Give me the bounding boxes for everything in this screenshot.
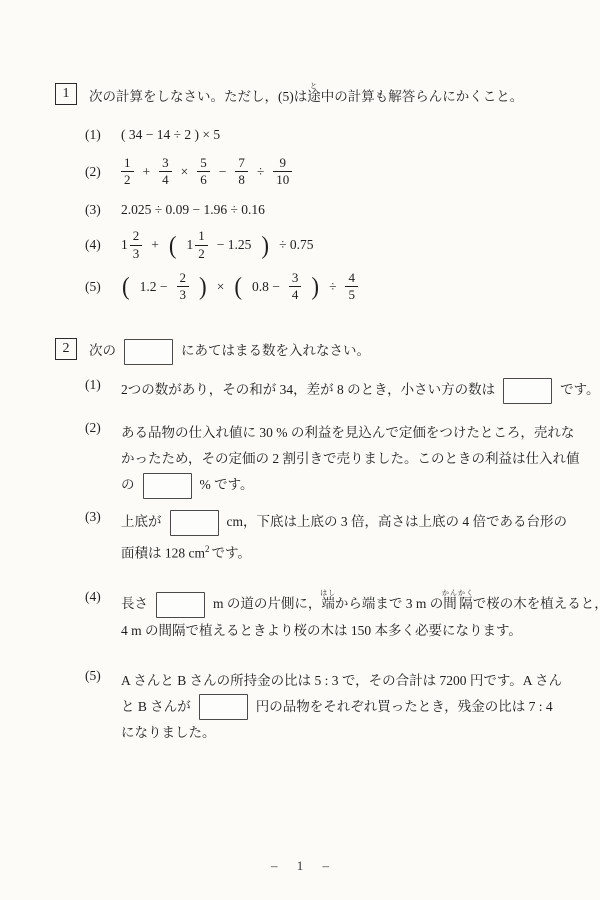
page-number: – 1 –	[0, 858, 600, 874]
text-line: と B さんが円の品物をそれぞれ買ったとき，残金の比は 7 : 4	[121, 694, 576, 721]
item-label: (2)	[85, 420, 121, 499]
text-line: の% です。	[121, 472, 576, 499]
item-label: (5)	[85, 668, 121, 747]
q2-item-5: (5) A さんと B さんの所持金の比は 5 : 3 で，その合計は 7200…	[85, 668, 576, 747]
problem-1-number-box: 1	[55, 83, 77, 105]
fraction: 12	[195, 228, 208, 262]
text-line: ある品物の仕入れ値に 30 % の利益を見込んで定価をつけたところ，売れな	[121, 420, 576, 446]
item-text: ある品物の仕入れ値に 30 % の利益を見込んで定価をつけたところ，売れな かっ…	[121, 420, 576, 499]
item-text: 2つの数があり，その和が 34，差が 8 のとき，小さい方の数はです。	[121, 377, 576, 404]
mixed-number: 112	[187, 228, 208, 262]
text-line: かったため，その定価の 2 割引きで売りました。このときの利益は仕入れ値	[121, 446, 576, 472]
q1-item-4: (4) 123+(112− 1.25)÷ 0.75	[85, 228, 576, 262]
exam-page: 1 次の計算をしなさい。ただし，(5)は途と中の計算も解答らんにかくこと。 (1…	[0, 0, 600, 900]
big-paren: )	[310, 274, 320, 299]
text-line: 4 m の間隔で植えるときより桜の木は 150 本多く必要になります。	[121, 618, 576, 644]
item-label: (3)	[85, 202, 121, 218]
q1-item-3: (3) 2.025 ÷ 0.09 − 1.96 ÷ 0.16	[85, 202, 576, 218]
text-line: 2つの数があり，その和が 34，差が 8 のとき，小さい方の数はです。	[121, 377, 576, 404]
fraction: 34	[289, 270, 302, 304]
answer-blank[interactable]	[156, 592, 205, 618]
q2-item-2: (2) ある品物の仕入れ値に 30 % の利益を見込んで定価をつけたところ，売れ…	[85, 420, 576, 499]
text-line: 長さm の道の片側に，端はしから端まで 3 m の間隔かんかくで桜の木を植えると…	[121, 589, 576, 618]
math-expression: (1.2 −23)×(0.8 −34)÷45	[121, 270, 358, 304]
item-label: (4)	[85, 589, 121, 644]
answer-blank[interactable]	[170, 510, 219, 536]
ruby-text: 途と	[307, 89, 321, 104]
text-line: 面積は 128 cm2です。	[121, 536, 576, 567]
q1-item-2: (2) 12+34×56−78÷910	[85, 155, 576, 189]
text-line: になりました。	[121, 720, 576, 746]
big-paren: (	[233, 274, 243, 299]
item-label: (5)	[85, 279, 121, 295]
answer-blank[interactable]	[124, 339, 173, 365]
fraction: 34	[159, 155, 172, 189]
fraction: 23	[177, 270, 190, 304]
problem-2-instruction: 次のにあてはまる数を入れなさい。	[89, 337, 370, 365]
big-paren: )	[260, 233, 270, 258]
q1-item-1: (1) ( 34 − 14 ÷ 2 ) × 5	[85, 127, 576, 143]
fraction: 12	[121, 155, 134, 189]
item-text: 長さm の道の片側に，端はしから端まで 3 m の間隔かんかくで桜の木を植えると…	[121, 589, 576, 644]
fraction: 910	[273, 155, 292, 189]
fraction: 45	[345, 270, 358, 304]
fraction: 56	[197, 155, 210, 189]
mixed-number: 123	[121, 228, 142, 262]
problem-2: 2 次のにあてはまる数を入れなさい。 (1) 2つの数があり，その和が 34，差…	[55, 337, 576, 746]
text-line: 上底がcm，下底は上底の 3 倍，高さは上底の 4 倍である台形の	[121, 509, 576, 536]
big-paren: )	[198, 274, 208, 299]
math-expression: ( 34 − 14 ÷ 2 ) × 5	[121, 127, 220, 143]
ruby-text: 端はし	[321, 596, 335, 611]
item-label: (4)	[85, 237, 121, 253]
item-label: (1)	[85, 127, 121, 143]
text-line: A さんと B さんの所持金の比は 5 : 3 で，その合計は 7200 円です…	[121, 668, 576, 694]
item-label: (3)	[85, 509, 121, 566]
q2-item-4: (4) 長さm の道の片側に，端はしから端まで 3 m の間隔かんかくで桜の木を…	[85, 589, 576, 644]
problem-2-body: (1) 2つの数があり，その和が 34，差が 8 のとき，小さい方の数はです。 …	[85, 377, 576, 746]
big-paren: (	[168, 233, 178, 258]
item-text: A さんと B さんの所持金の比は 5 : 3 で，その合計は 7200 円です…	[121, 668, 576, 747]
ruby-text: 間隔かんかく	[443, 596, 473, 611]
problem-1: 1 次の計算をしなさい。ただし，(5)は途と中の計算も解答らんにかくこと。 (1…	[55, 82, 576, 303]
problem-2-number-box: 2	[55, 338, 77, 360]
big-paren: (	[121, 274, 131, 299]
answer-blank[interactable]	[143, 473, 192, 499]
q2-item-1: (1) 2つの数があり，その和が 34，差が 8 のとき，小さい方の数はです。	[85, 377, 576, 404]
fraction: 23	[130, 228, 143, 262]
problem-1-header: 1 次の計算をしなさい。ただし，(5)は途と中の計算も解答らんにかくこと。	[55, 82, 576, 109]
item-label: (2)	[85, 164, 121, 180]
fraction: 78	[235, 155, 248, 189]
item-label: (1)	[85, 377, 121, 404]
problem-1-instruction: 次の計算をしなさい。ただし，(5)は途と中の計算も解答らんにかくこと。	[89, 82, 523, 109]
answer-blank[interactable]	[199, 694, 248, 720]
math-expression: 12+34×56−78÷910	[121, 155, 292, 189]
math-expression: 2.025 ÷ 0.09 − 1.96 ÷ 0.16	[121, 202, 265, 218]
item-text: 上底がcm，下底は上底の 3 倍，高さは上底の 4 倍である台形の 面積は 12…	[121, 509, 576, 566]
q1-item-5: (5) (1.2 −23)×(0.8 −34)÷45	[85, 270, 576, 304]
problem-1-body: (1) ( 34 − 14 ÷ 2 ) × 5 (2) 12+34×56−78÷…	[85, 127, 576, 304]
answer-blank[interactable]	[503, 378, 552, 404]
math-expression: 123+(112− 1.25)÷ 0.75	[121, 228, 314, 262]
q2-item-3: (3) 上底がcm，下底は上底の 3 倍，高さは上底の 4 倍である台形の 面積…	[85, 509, 576, 566]
problem-2-header: 2 次のにあてはまる数を入れなさい。	[55, 337, 576, 365]
